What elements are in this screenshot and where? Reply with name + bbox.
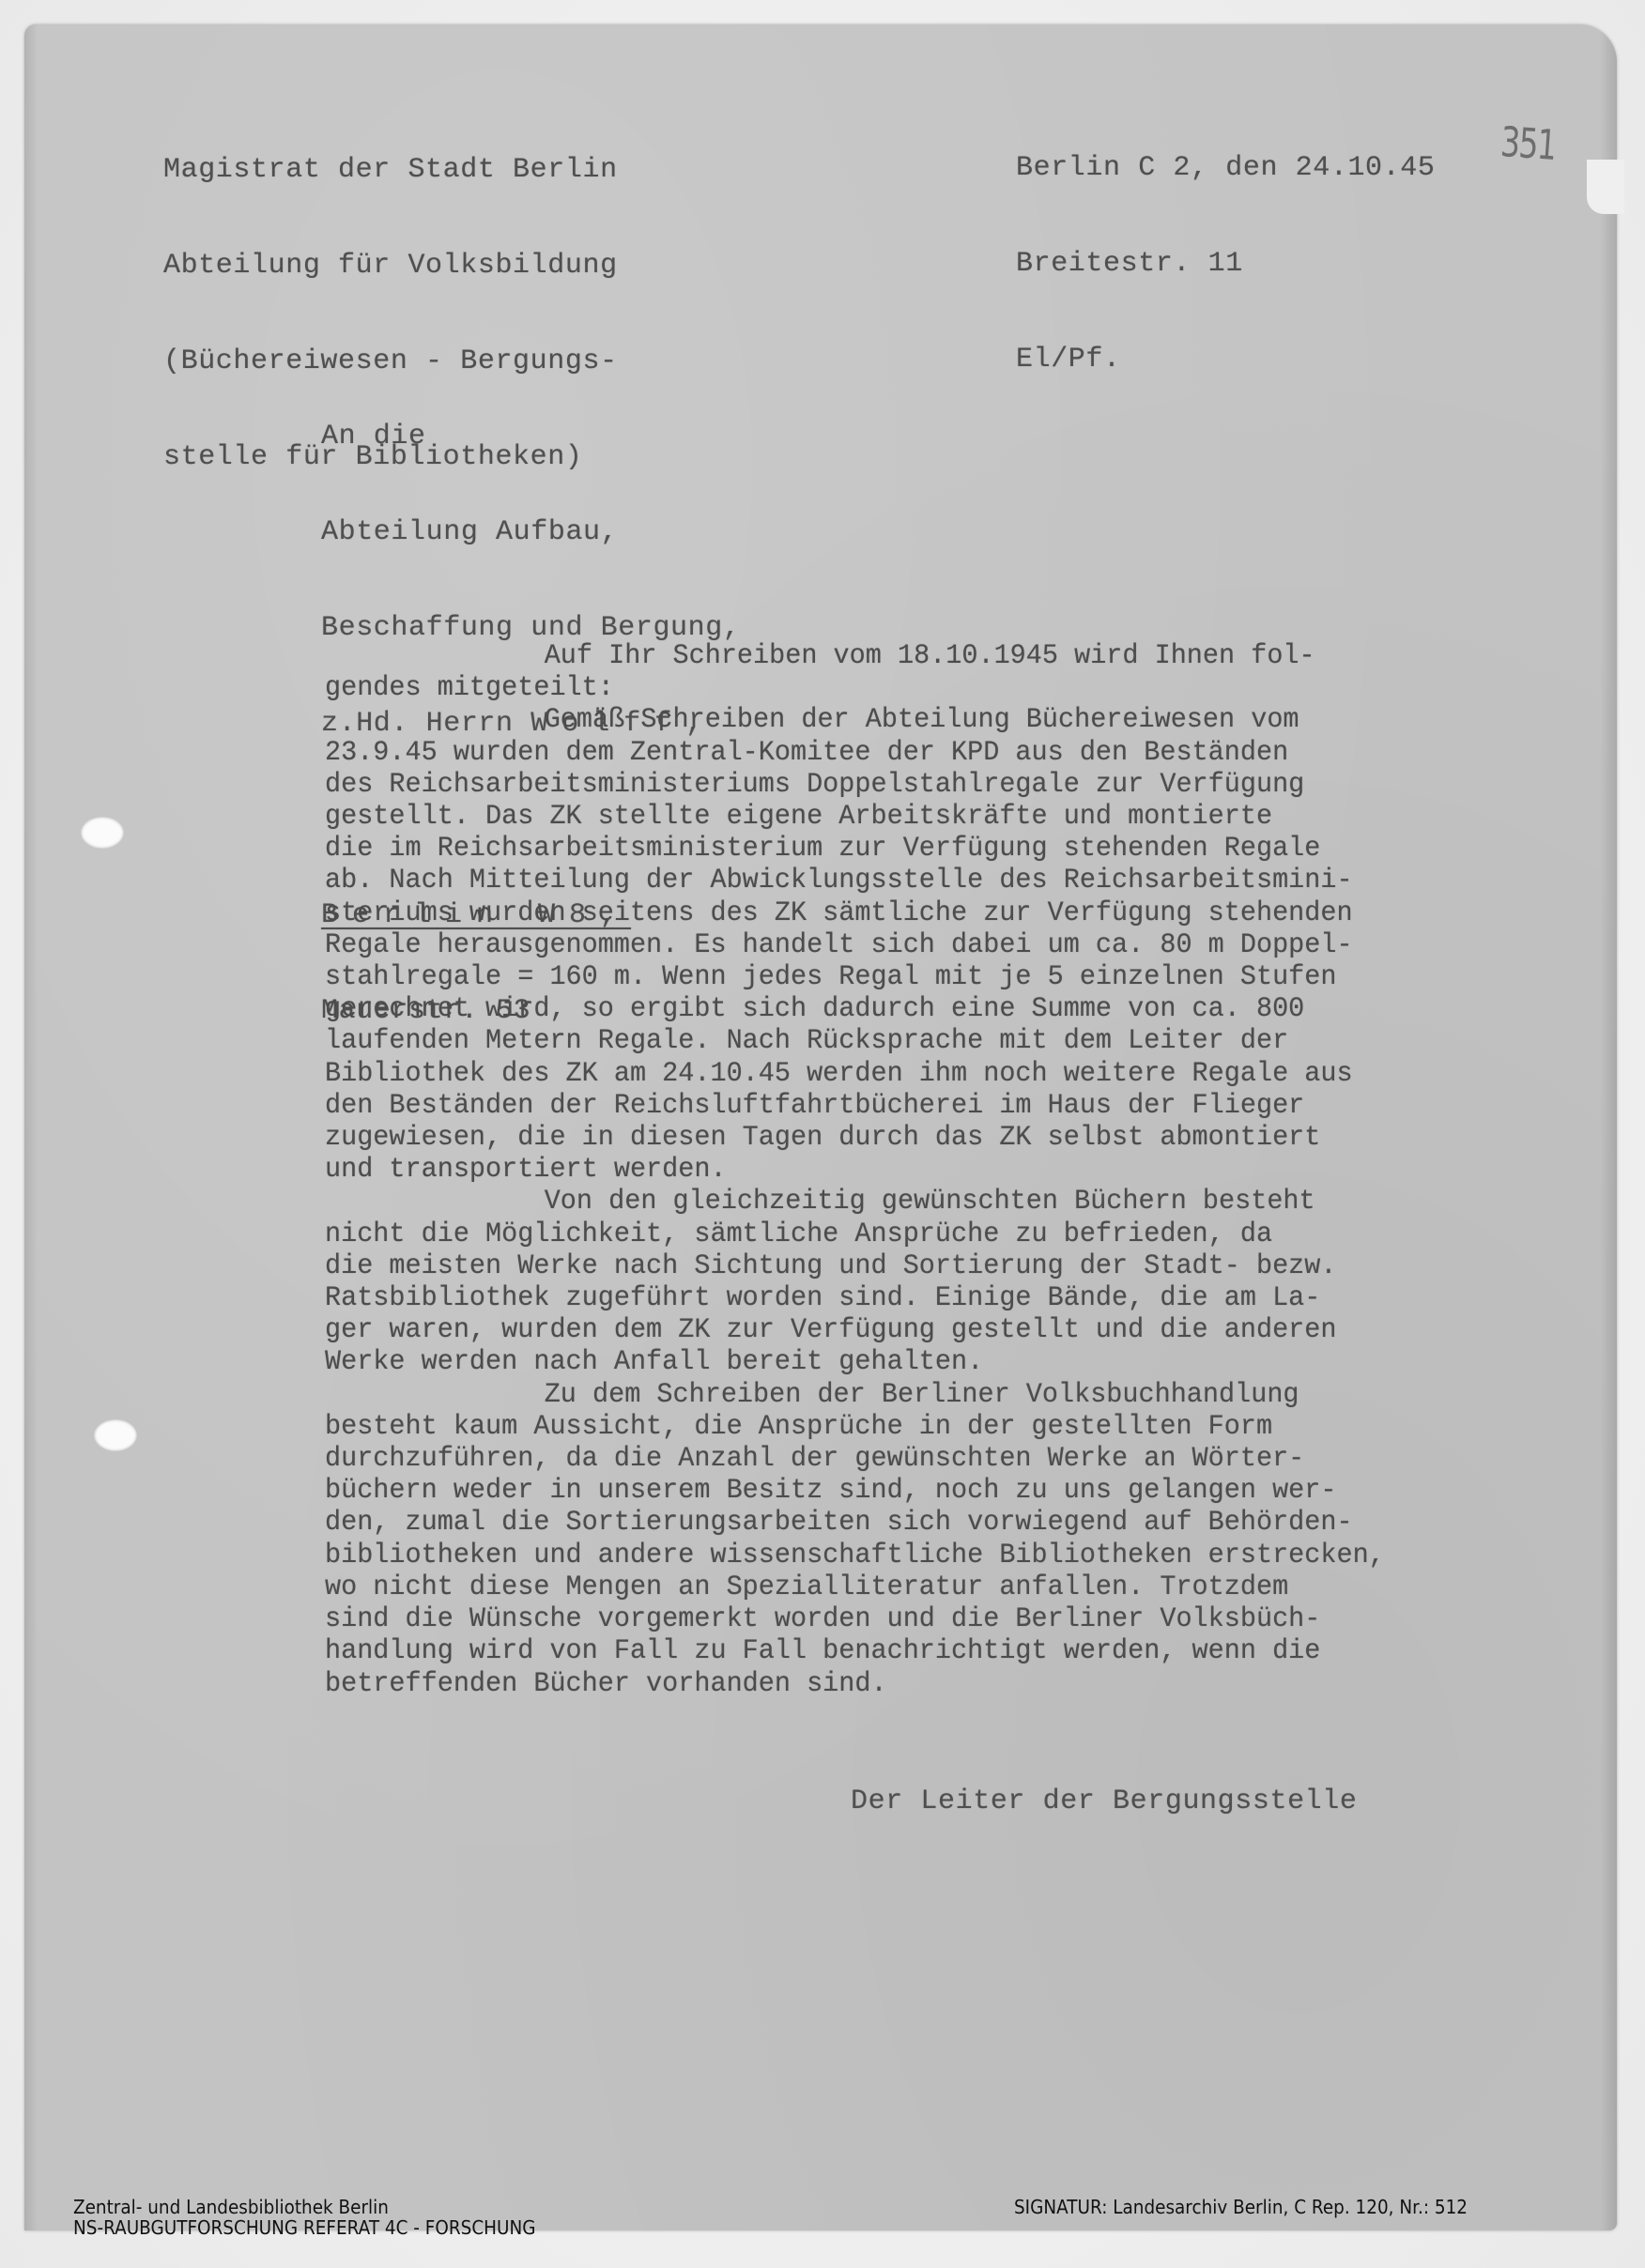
body-line: betreffenden Bücher vorhanden sind. — [325, 1668, 1538, 1700]
footer-department: NS-RAUBGUTFORSCHUNG REFERAT 4C - FORSCHU… — [73, 2217, 536, 2238]
place-date: Berlin C 2, den 24.10.45 — [1016, 152, 1435, 184]
body-line: durchzuführen, da die Anzahl der gewünsc… — [325, 1443, 1538, 1475]
folio-number: 351 — [1499, 118, 1557, 170]
body-line: besteht kaum Aussicht, die Ansprüche in … — [325, 1411, 1538, 1443]
body-line: Regale herausgenommen. Es handelt sich d… — [325, 929, 1538, 961]
body-line: gestellt. Das ZK stellte eigene Arbeitsk… — [325, 801, 1538, 833]
body-line: den, zumal die Sortierungsarbeiten sich … — [325, 1507, 1538, 1539]
body-line: wo nicht diese Mengen an Spezialliteratu… — [325, 1571, 1538, 1603]
body-line: den Beständen der Reichsluftfahrtbüchere… — [325, 1090, 1538, 1122]
body-line: nicht die Möglichkeit, sämtliche Ansprüc… — [325, 1218, 1538, 1250]
body-line: sind die Wünsche vorgemerkt worden und d… — [325, 1603, 1538, 1635]
body-line: steriums wurden seitens des ZK sämtliche… — [325, 897, 1538, 929]
body-line: gendes mitgeteilt: — [325, 672, 1538, 704]
body-line: die im Reichsarbeitsministerium zur Verf… — [325, 833, 1538, 865]
body-line: laufenden Metern Regale. Nach Rücksprach… — [325, 1025, 1538, 1057]
punch-hole-icon — [94, 1419, 137, 1451]
body-line: zugewiesen, die in diesen Tagen durch da… — [325, 1122, 1538, 1154]
recipient-line: Abteilung Aufbau, — [321, 516, 740, 548]
footer-institution: Zentral- und Landesbibliothek Berlin NS-… — [73, 2197, 536, 2238]
body-line: ger waren, wurden dem ZK zur Verfügung g… — [325, 1314, 1538, 1346]
body-line: Ratsbibliothek zugeführt worden sind. Ei… — [325, 1282, 1538, 1314]
body-line: Zu dem Schreiben der Berliner Volksbuchh… — [325, 1379, 1538, 1411]
recipient-line: Beschaffung und Bergung, — [321, 612, 740, 644]
signature-line: Der Leiter der Bergungsstelle — [851, 1785, 1358, 1817]
letter-body: Auf Ihr Schreiben vom 18.10.1945 wird Ih… — [325, 640, 1538, 1700]
body-line: bibliotheken und andere wissenschaftlich… — [325, 1540, 1538, 1571]
page-tear-notch — [1587, 160, 1624, 214]
body-line: büchern weder in unserem Besitz sind, no… — [325, 1475, 1538, 1507]
body-line: Auf Ihr Schreiben vom 18.10.1945 wird Ih… — [325, 640, 1538, 672]
footer-signature: SIGNATUR: Landesarchiv Berlin, C Rep. 12… — [1014, 2197, 1468, 2217]
body-line: ab. Nach Mitteilung der Abwicklungsstell… — [325, 865, 1538, 896]
body-line: und transportiert werden. — [325, 1154, 1538, 1186]
sender-street: Breitestr. 11 — [1016, 248, 1435, 280]
sender-line: Abteilung für Volksbildung — [163, 250, 618, 282]
date-block: Berlin C 2, den 24.10.45 Breitestr. 11 E… — [1016, 88, 1435, 407]
body-line: Bibliothek des ZK am 24.10.45 werden ihm… — [325, 1058, 1538, 1090]
body-line: des Reichsarbeitsministeriums Doppelstah… — [325, 769, 1538, 801]
archive-signature: SIGNATUR: Landesarchiv Berlin, C Rep. 12… — [1014, 2197, 1468, 2217]
body-line: Gemäß Schreiben der Abteilung Büchereiwe… — [325, 704, 1538, 736]
body-line: Von den gleichzeitig gewünschten Büchern… — [325, 1186, 1538, 1218]
reference-code: El/Pf. — [1016, 344, 1435, 375]
body-line: 23.9.45 wurden dem Zentral-Komitee der K… — [325, 737, 1538, 769]
recipient-line: An die — [321, 421, 740, 452]
body-line: gerechnet wird, so ergibt sich dadurch e… — [325, 993, 1538, 1025]
punch-hole-icon — [81, 817, 124, 849]
body-line: handlung wird von Fall zu Fall benachric… — [325, 1635, 1538, 1667]
body-line: die meisten Werke nach Sichtung und Sort… — [325, 1250, 1538, 1282]
footer-institution-name: Zentral- und Landesbibliothek Berlin — [73, 2197, 536, 2217]
body-line: stahlregale = 160 m. Wenn jedes Regal mi… — [325, 961, 1538, 993]
sender-line: Magistrat der Stadt Berlin — [163, 154, 618, 186]
body-line: Werke werden nach Anfall bereit gehalten… — [325, 1346, 1538, 1378]
